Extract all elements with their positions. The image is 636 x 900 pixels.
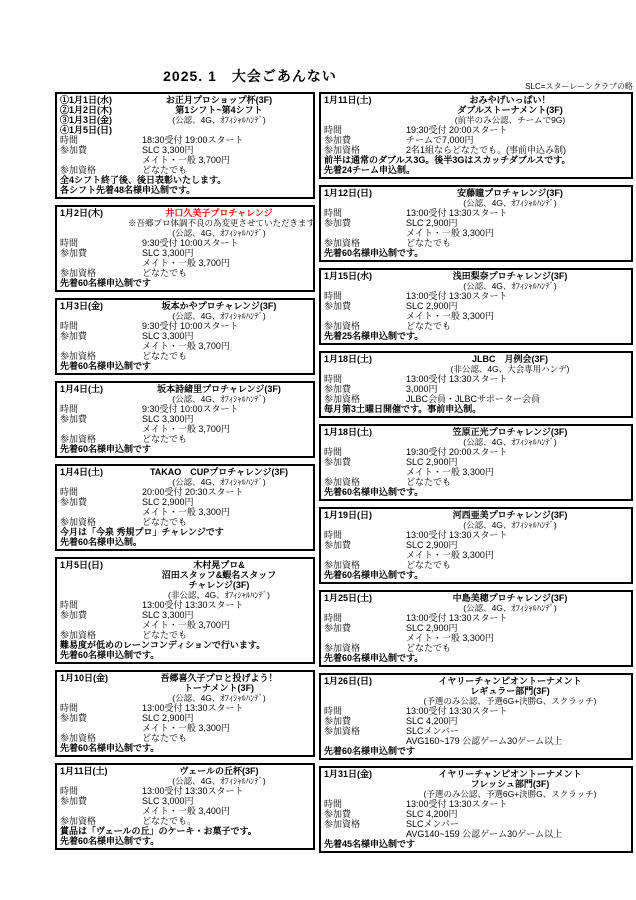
event-header: 1月4日(土)TAKAO CUPプロチャレンジ(3F)(公認、4G、ｵﾌｨｼｬﾙ… — [60, 467, 310, 487]
detail-value: メイト・一般 3,300円 — [406, 228, 628, 238]
detail-label — [60, 806, 142, 816]
detail-label — [324, 550, 406, 560]
detail-row: 時間18:30受付 19:00スタート — [60, 135, 310, 145]
detail-row: 時間13:00受付 13:30スタート — [324, 613, 628, 623]
event-subtitle: (公認、4G、ｵﾌｨｼｬﾙﾊﾝﾃﾞ) — [128, 115, 310, 125]
event-note: 全4シフト終了後、後日表彰いたします。 — [60, 175, 310, 185]
detail-label — [60, 424, 142, 434]
event-note: 前半は通常のダブルス3G。後半3Gはスカッチダブルスです。 — [324, 155, 628, 165]
detail-row: 参加資格どなたでも。 — [60, 816, 310, 826]
detail-row: 参加費SLC 2,900円 — [324, 457, 628, 467]
detail-value: SLC 2,900円 — [406, 457, 628, 467]
detail-label: 参加費 — [60, 248, 142, 258]
event-note: 賞品は「ヴェールの丘」のケーキ・お菓子です。 — [60, 826, 310, 836]
detail-value: 9:30受付 10:00スタート — [142, 238, 310, 248]
detail-value: 13:00受付 13:30スタート — [406, 374, 628, 384]
detail-label: 参加費 — [324, 809, 406, 819]
detail-label: 参加資格 — [324, 819, 406, 829]
event-title: イヤリーチャンピオントーナメント — [392, 676, 628, 686]
detail-value: SLCメンバー — [406, 726, 628, 736]
detail-row: 参加費SLC 2,900円 — [60, 713, 310, 723]
event-date: 1月31日(金) — [324, 769, 392, 779]
detail-label: 参加資格 — [60, 733, 142, 743]
detail-label: 参加資格 — [324, 321, 406, 331]
detail-value: SLC 4,200円 — [406, 716, 628, 726]
detail-value: 13:00受付 13:30スタート — [406, 291, 628, 301]
event-titles: 浅田梨奈プロチャレンジ(3F)(公認、4G、ｵﾌｨｼｬﾙﾊﾝﾃﾞ) — [392, 271, 628, 291]
detail-row: 時間9:30受付 10:00スタート — [60, 238, 310, 248]
event-titles: イヤリーチャンピオントーナメントフレッシュ部門(3F)(予選のみ公認、予選6G+… — [392, 769, 628, 799]
event-box: 1月4日(土)TAKAO CUPプロチャレンジ(3F)(公認、4G、ｵﾌｨｼｬﾙ… — [55, 464, 315, 551]
event-date: 1月19日(日) — [324, 510, 392, 520]
event-note: 先着60名様申込制です。 — [324, 248, 628, 258]
detail-value: JLBC会員・JLBCサポーター会員 — [406, 394, 628, 404]
detail-value: どなたでも — [142, 630, 310, 640]
event-subtitle: (予選のみ公認、予選6G+決勝G、スクラッチ) — [392, 696, 628, 706]
event-subtitle: (予選のみ公認、予選6G+決勝G、スクラッチ) — [392, 789, 628, 799]
event-note: 今月は「今泉 秀規プロ」チャレンジです — [60, 527, 310, 537]
detail-row: 参加資格どなたでも — [324, 560, 628, 570]
event-dates: 1月5日(日) — [60, 560, 128, 570]
detail-label: 時間 — [324, 447, 406, 457]
event-dates: 1月11日(土) — [60, 766, 128, 776]
detail-value: 3,000円 — [406, 384, 628, 394]
detail-label: 参加資格 — [324, 560, 406, 570]
detail-row: メイト・一般 3,300円 — [60, 507, 310, 517]
event-titles: 坂本かやプロチャレンジ(3F)(公認、4G、ｵﾌｨｼｬﾙﾊﾝﾃﾞ) — [128, 301, 310, 321]
detail-label: 参加費 — [324, 135, 406, 145]
detail-label: 参加資格 — [60, 517, 142, 527]
detail-label: 時間 — [60, 487, 142, 497]
detail-row: AVG160~179 公認ゲーム30ゲーム以上 — [324, 736, 628, 746]
event-titles: イヤリーチャンピオントーナメントレギュラー部門(3F)(予選のみ公認、予選6G+… — [392, 676, 628, 706]
event-date: 1月26日(日) — [324, 676, 392, 686]
detail-value: どなたでも — [142, 268, 310, 278]
detail-label: 時間 — [324, 613, 406, 623]
detail-value: メイト・一般 3,400円 — [142, 806, 310, 816]
detail-row: メイト・一般 3,700円 — [60, 620, 310, 630]
event-header: 1月5日(日)木村晃プロ&沼田スタッフ&蝦名スタッフチャレンジ(3F)(非公認、… — [60, 560, 310, 600]
detail-row: 参加資格どなたでも — [324, 321, 628, 331]
detail-label: 参加資格 — [60, 434, 142, 444]
detail-value: どなたでも — [142, 733, 310, 743]
event-note: 先着25名様申込制です。 — [324, 331, 628, 341]
event-title: ダブルストーナメント(3F) — [392, 105, 628, 115]
detail-label — [60, 723, 142, 733]
detail-label: 参加費 — [324, 540, 406, 550]
event-titles: お正月プロショップ杯(3F)第1シフト~第4シフト(公認、4G、ｵﾌｨｼｬﾙﾊﾝ… — [128, 95, 310, 125]
detail-row: 参加費SLC 3,000円 — [60, 796, 310, 806]
event-title: 安藤瞳プロチャレンジ(3F) — [392, 188, 628, 198]
detail-row: メイト・一般 3,700円 — [60, 258, 310, 268]
detail-label: 参加費 — [324, 457, 406, 467]
event-header: 1月11日(土)ヴェールの丘杯(3F)(公認、4G、ｵﾌｨｼｬﾙﾊﾝﾃﾞ) — [60, 766, 310, 786]
event-titles: 笠原正光プロチャレンジ(3F)(公認、4G、ｵﾌｨｼｬﾙﾊﾝﾃﾞ) — [392, 427, 628, 447]
event-header: 1月10日(金)吾郷喜久子プロと投げよう！トーナメント(3F)(公認、4G、ｵﾌ… — [60, 673, 310, 703]
event-header: 1月15日(水)浅田梨奈プロチャレンジ(3F)(公認、4G、ｵﾌｨｼｬﾙﾊﾝﾃﾞ… — [324, 271, 628, 291]
detail-row: メイト・一般 3,300円 — [324, 228, 628, 238]
event-header: 1月11日(土)おみやげいっぱい！ダブルストーナメント(3F)(前半のみ公認、チ… — [324, 95, 628, 125]
event-header: 1月19日(日)河西亜美プロチャレンジ(3F)(公認、4G、ｵﾌｨｼｬﾙﾊﾝﾃﾞ… — [324, 510, 628, 530]
event-dates: 1月15日(水) — [324, 271, 392, 281]
detail-value: どなたでも — [406, 643, 628, 653]
event-subtitle: ※吾郷プロ体調不良の為変更させていただきます — [128, 218, 310, 228]
event-subtitle: (公認、4G、ｵﾌｨｼｬﾙﾊﾝﾃﾞ) — [392, 603, 628, 613]
detail-label: 時間 — [60, 600, 142, 610]
detail-row: 時間19:30受付 20:00スタート — [324, 447, 628, 457]
detail-label: 参加資格 — [324, 394, 406, 404]
event-box: 1月4日(土)坂本詩緒里プロチャレンジ(3F)(公認、4G、ｵﾌｨｼｬﾙﾊﾝﾃﾞ… — [55, 381, 315, 458]
event-box: 1月18日(土)JLBC 月例会(3F)(非公認、4G、大会専用ハンデ)時間13… — [319, 351, 633, 418]
detail-row: 参加資格どなたでも — [60, 165, 310, 175]
event-title: お正月プロショップ杯(3F) — [128, 95, 310, 105]
detail-value: SLC 2,900円 — [142, 713, 310, 723]
event-date: 1月5日(日) — [60, 560, 128, 570]
event-note: 先着60名様申込制です。 — [324, 487, 628, 497]
detail-label: 時間 — [324, 799, 406, 809]
event-titles: 中島美穂プロチャレンジ(3F)(公認、4G、ｵﾌｨｼｬﾙﾊﾝﾃﾞ) — [392, 593, 628, 613]
detail-value: どなたでも — [142, 434, 310, 444]
event-subtitle: (公認、4G、ｵﾌｨｼｬﾙﾊﾝﾃﾞ) — [128, 394, 310, 404]
detail-value: 13:00受付 13:30スタート — [406, 706, 628, 716]
detail-label — [324, 736, 406, 746]
detail-label: 参加費 — [324, 716, 406, 726]
detail-label: 参加資格 — [60, 268, 142, 278]
event-subtitle: (公認、4G、ｵﾌｨｼｬﾙﾊﾝﾃﾞ) — [128, 311, 310, 321]
event-dates: 1月19日(日) — [324, 510, 392, 520]
detail-value: 2名1組ならどなたでも。(事前申込み制) — [406, 145, 628, 155]
detail-label: 時間 — [324, 125, 406, 135]
detail-label — [60, 155, 142, 165]
detail-value: 9:30受付 10:00スタート — [142, 321, 310, 331]
detail-value: どなたでも — [406, 238, 628, 248]
event-title: おみやげいっぱい！ — [392, 95, 628, 105]
detail-value: 19:30受付 20:00スタート — [406, 447, 628, 457]
detail-value: 13:00受付 13:30スタート — [142, 703, 310, 713]
event-date: 1月15日(水) — [324, 271, 392, 281]
event-titles: 河西亜美プロチャレンジ(3F)(公認、4G、ｵﾌｨｼｬﾙﾊﾝﾃﾞ) — [392, 510, 628, 530]
event-note: 難易度が低めのレーンコンディションで行います。 — [60, 640, 310, 650]
detail-label: 参加費 — [60, 331, 142, 341]
event-title: トーナメント(3F) — [128, 683, 310, 693]
event-box: 1月5日(日)木村晃プロ&沼田スタッフ&蝦名スタッフチャレンジ(3F)(非公認、… — [55, 557, 315, 664]
detail-value: メイト・一般 3,300円 — [406, 633, 628, 643]
event-date: 1月12日(日) — [324, 188, 392, 198]
detail-row: メイト・一般 3,700円 — [60, 341, 310, 351]
event-title: チャレンジ(3F) — [128, 580, 310, 590]
detail-label: 参加費 — [60, 610, 142, 620]
event-note: 先着60名様申込制です。 — [324, 653, 628, 663]
detail-label: 参加資格 — [324, 643, 406, 653]
event-header: 1月12日(日)安藤瞳プロチャレンジ(3F)(公認、4G、ｵﾌｨｼｬﾙﾊﾝﾃﾞ) — [324, 188, 628, 208]
detail-label: 参加資格 — [60, 816, 142, 826]
event-titles: JLBC 月例会(3F)(非公認、4G、大会専用ハンデ) — [392, 354, 628, 374]
event-titles: ヴェールの丘杯(3F)(公認、4G、ｵﾌｨｼｬﾙﾊﾝﾃﾞ) — [128, 766, 310, 786]
detail-row: AVG140~159 公認ゲーム30ゲーム以上 — [324, 829, 628, 839]
detail-value: メイト・一般 3,700円 — [142, 258, 310, 268]
detail-row: 参加費SLC 2,900円 — [324, 218, 628, 228]
detail-value: SLC 2,900円 — [406, 218, 628, 228]
event-dates: 1月25日(土) — [324, 593, 392, 603]
event-box: 1月19日(日)河西亜美プロチャレンジ(3F)(公認、4G、ｵﾌｨｼｬﾙﾊﾝﾃﾞ… — [319, 507, 633, 584]
detail-value: SLC 2,900円 — [406, 623, 628, 633]
detail-value: どなたでも — [406, 321, 628, 331]
event-title: JLBC 月例会(3F) — [392, 354, 628, 364]
left-column: ①1月1日(水)②1月2日(木)③1月3日(金)④1月5日(日)お正月プロショッ… — [55, 92, 315, 850]
detail-row: 参加費SLC 2,900円 — [60, 497, 310, 507]
event-titles: 坂本詩緒里プロチャレンジ(3F)(公認、4G、ｵﾌｨｼｬﾙﾊﾝﾃﾞ) — [128, 384, 310, 404]
event-note: 先着45名様申込制です — [324, 839, 628, 849]
detail-row: 参加資格どなたでも — [60, 630, 310, 640]
detail-label: 参加費 — [60, 713, 142, 723]
detail-row: 時間13:00受付 13:30スタート — [324, 208, 628, 218]
event-subtitle: (前半のみ公認、チームで9G) — [392, 115, 628, 125]
detail-row: 時間13:00受付 13:30スタート — [324, 374, 628, 384]
event-header: 1月3日(金)坂本かやプロチャレンジ(3F)(公認、4G、ｵﾌｨｼｬﾙﾊﾝﾃﾞ) — [60, 301, 310, 321]
event-title: ヴェールの丘杯(3F) — [128, 766, 310, 776]
detail-label: 参加費 — [60, 796, 142, 806]
event-note: 先着60名様申込制。 — [60, 537, 310, 547]
detail-row: 時間20:00受付 20:30スタート — [60, 487, 310, 497]
detail-value: AVG160~179 公認ゲーム30ゲーム以上 — [406, 736, 628, 746]
event-box: 1月2日(木)井口久美子プロチャレンジ※吾郷プロ体調不良の為変更させていただきま… — [55, 205, 315, 292]
detail-row: 時間13:00受付 13:30スタート — [60, 600, 310, 610]
detail-value: SLC 2,900円 — [406, 540, 628, 550]
event-title: 坂本詩緒里プロチャレンジ(3F) — [128, 384, 310, 394]
detail-row: メイト・一般 3,300円 — [60, 723, 310, 733]
detail-label: 時間 — [324, 530, 406, 540]
detail-row: 参加資格2名1組ならどなたでも。(事前申込み制) — [324, 145, 628, 155]
detail-row: 参加費SLC 3,300円 — [60, 414, 310, 424]
detail-row: 時間13:00受付 13:30スタート — [324, 799, 628, 809]
detail-label: 時間 — [60, 135, 142, 145]
event-title: レギュラー部門(3F) — [392, 686, 628, 696]
detail-row: 時間13:00受付 13:30スタート — [324, 291, 628, 301]
detail-value: SLCメンバー — [406, 819, 628, 829]
event-box: 1月3日(金)坂本かやプロチャレンジ(3F)(公認、4G、ｵﾌｨｼｬﾙﾊﾝﾃﾞ)… — [55, 298, 315, 375]
detail-value: SLC 3,300円 — [142, 414, 310, 424]
detail-value: SLC 3,300円 — [142, 145, 310, 155]
event-titles: 吾郷喜久子プロと投げよう！トーナメント(3F)(公認、4G、ｵﾌｨｼｬﾙﾊﾝﾃﾞ… — [128, 673, 310, 703]
detail-label: 時間 — [324, 374, 406, 384]
detail-label: 参加費 — [60, 497, 142, 507]
event-title: 中島美穂プロチャレンジ(3F) — [392, 593, 628, 603]
event-dates: 1月18日(土) — [324, 427, 392, 437]
detail-row: 参加資格どなたでも — [60, 434, 310, 444]
event-title: 井口久美子プロチャレンジ — [128, 208, 310, 218]
event-titles: おみやげいっぱい！ダブルストーナメント(3F)(前半のみ公認、チームで9G) — [392, 95, 628, 125]
event-subtitle: (公認、4G、ｵﾌｨｼｬﾙﾊﾝﾃﾞ) — [392, 437, 628, 447]
event-dates: 1月12日(日) — [324, 188, 392, 198]
detail-value: 13:00受付 13:30スタート — [142, 786, 310, 796]
detail-value: SLC 4,200円 — [406, 809, 628, 819]
detail-row: メイト・一般 3,400円 — [60, 806, 310, 816]
event-box: 1月31日(金)イヤリーチャンピオントーナメントフレッシュ部門(3F)(予選のみ… — [319, 766, 633, 853]
detail-value: SLC 3,000円 — [142, 796, 310, 806]
event-header: ①1月1日(水)②1月2日(木)③1月3日(金)④1月5日(日)お正月プロショッ… — [60, 95, 310, 135]
event-date: 1月10日(金) — [60, 673, 128, 683]
detail-value: SLC 2,900円 — [142, 497, 310, 507]
event-date: 1月11日(土) — [324, 95, 392, 105]
detail-value: SLC 3,300円 — [142, 610, 310, 620]
event-box: 1月11日(土)ヴェールの丘杯(3F)(公認、4G、ｵﾌｨｼｬﾙﾊﾝﾃﾞ)時間1… — [55, 763, 315, 850]
detail-row: 参加費SLC 4,200円 — [324, 809, 628, 819]
detail-row: 参加資格どなたでも — [60, 733, 310, 743]
detail-value: 20:00受付 20:30スタート — [142, 487, 310, 497]
detail-value: メイト・一般 3,300円 — [406, 311, 628, 321]
detail-row: 参加費SLC 4,200円 — [324, 716, 628, 726]
detail-row: 参加資格どなたでも — [60, 517, 310, 527]
detail-label: 参加費 — [60, 145, 142, 155]
event-title: イヤリーチャンピオントーナメント — [392, 769, 628, 779]
event-title: 沼田スタッフ&蝦名スタッフ — [128, 570, 310, 580]
event-date: ③1月3日(金) — [60, 115, 128, 125]
event-titles: 井口久美子プロチャレンジ※吾郷プロ体調不良の為変更させていただきます(公認、4G… — [128, 208, 310, 238]
detail-row: 時間19:30受付 20:00スタート — [324, 125, 628, 135]
detail-row: 参加費SLC 2,900円 — [324, 623, 628, 633]
event-title: フレッシュ部門(3F) — [392, 779, 628, 789]
event-note: 先着60名様申込制です — [60, 278, 310, 288]
detail-row: メイト・一般 3,700円 — [60, 155, 310, 165]
detail-row: 参加資格SLCメンバー — [324, 726, 628, 736]
event-note: 先着60名様申込制です。 — [60, 650, 310, 660]
detail-label: 参加費 — [324, 301, 406, 311]
detail-label — [324, 829, 406, 839]
event-title: TAKAO CUPプロチャレンジ(3F) — [128, 467, 310, 477]
event-box: ①1月1日(水)②1月2日(木)③1月3日(金)④1月5日(日)お正月プロショッ… — [55, 92, 315, 199]
event-subtitle: (公認、4G、ｵﾌｨｼｬﾙﾊﾝﾃﾞ) — [392, 198, 628, 208]
detail-label — [324, 467, 406, 477]
detail-label: 参加資格 — [324, 726, 406, 736]
detail-value: チームで7,000円 — [406, 135, 628, 145]
event-title: 坂本かやプロチャレンジ(3F) — [128, 301, 310, 311]
event-title: 吾郷喜久子プロと投げよう！ — [128, 673, 310, 683]
detail-row: メイト・一般 3,300円 — [324, 633, 628, 643]
event-note: 先着60名様申込制です — [60, 361, 310, 371]
detail-value: どなたでも — [142, 517, 310, 527]
detail-label: 時間 — [324, 706, 406, 716]
detail-row: 時間13:00受付 13:30スタート — [324, 706, 628, 716]
event-box: 1月26日(日)イヤリーチャンピオントーナメントレギュラー部門(3F)(予選のみ… — [319, 673, 633, 760]
detail-value: メイト・一般 3,700円 — [142, 155, 310, 165]
event-date: ④1月5日(日) — [60, 125, 128, 135]
detail-row: 時間13:00受付 13:30スタート — [60, 786, 310, 796]
event-header: 1月25日(土)中島美穂プロチャレンジ(3F)(公認、4G、ｵﾌｨｼｬﾙﾊﾝﾃﾞ… — [324, 593, 628, 613]
detail-row: 参加費SLC 2,900円 — [324, 301, 628, 311]
detail-value: どなたでも。 — [142, 816, 310, 826]
event-subtitle: (非公認、4G、大会専用ハンデ) — [392, 364, 628, 374]
detail-label — [60, 258, 142, 268]
event-subtitle: (公認、4G、ｵﾌｨｼｬﾙﾊﾝﾃﾞ) — [392, 281, 628, 291]
detail-row: 参加資格SLCメンバー — [324, 819, 628, 829]
event-box: 1月11日(土)おみやげいっぱい！ダブルストーナメント(3F)(前半のみ公認、チ… — [319, 92, 633, 179]
detail-row: 参加費SLC 2,900円 — [324, 540, 628, 550]
event-subtitle: (公認、4G、ｵﾌｨｼｬﾙﾊﾝﾃﾞ) — [128, 228, 310, 238]
detail-label: 参加資格 — [324, 238, 406, 248]
event-note: 毎月第3土曜日開催です。事前申込制。 — [324, 404, 628, 414]
event-dates: 1月26日(日) — [324, 676, 392, 686]
detail-row: 参加資格どなたでも — [324, 238, 628, 248]
detail-value: 9:30受付 10:00スタート — [142, 404, 310, 414]
detail-row: 参加資格どなたでも — [60, 351, 310, 361]
detail-label: 時間 — [324, 208, 406, 218]
event-date: 1月3日(金) — [60, 301, 128, 311]
detail-row: 参加費SLC 3,300円 — [60, 610, 310, 620]
detail-row: メイト・一般 3,300円 — [324, 550, 628, 560]
event-header: 1月18日(土)笠原正光プロチャレンジ(3F)(公認、4G、ｵﾌｨｼｬﾙﾊﾝﾃﾞ… — [324, 427, 628, 447]
detail-value: どなたでも — [142, 351, 310, 361]
event-note: 先着60名様申込制です — [60, 444, 310, 454]
event-note: 先着60名様申込制です。 — [60, 743, 310, 753]
detail-row: 参加費SLC 3,300円 — [60, 145, 310, 155]
detail-row: 参加費チームで7,000円 — [324, 135, 628, 145]
detail-value: 13:00受付 13:30スタート — [406, 530, 628, 540]
detail-value: 13:00受付 13:30スタート — [406, 208, 628, 218]
detail-value: メイト・一般 3,300円 — [142, 723, 310, 733]
detail-value: SLC 3,300円 — [142, 248, 310, 258]
detail-label: 参加費 — [60, 414, 142, 424]
event-note: 先着60名様申込制です — [324, 746, 628, 756]
detail-row: 参加費SLC 3,300円 — [60, 248, 310, 258]
detail-value: SLC 2,900円 — [406, 301, 628, 311]
detail-row: 時間9:30受付 10:00スタート — [60, 321, 310, 331]
detail-value: 13:00受付 13:30スタート — [406, 799, 628, 809]
event-header: 1月18日(土)JLBC 月例会(3F)(非公認、4G、大会専用ハンデ) — [324, 354, 628, 374]
event-titles: 安藤瞳プロチャレンジ(3F)(公認、4G、ｵﾌｨｼｬﾙﾊﾝﾃﾞ) — [392, 188, 628, 208]
event-dates: 1月11日(土) — [324, 95, 392, 105]
event-date: 1月11日(土) — [60, 766, 128, 776]
event-dates: 1月10日(金) — [60, 673, 128, 683]
event-header: 1月31日(金)イヤリーチャンピオントーナメントフレッシュ部門(3F)(予選のみ… — [324, 769, 628, 799]
detail-label: 参加費 — [324, 384, 406, 394]
event-dates: 1月31日(金) — [324, 769, 392, 779]
detail-value: メイト・一般 3,700円 — [142, 341, 310, 351]
detail-value: どなたでも — [142, 165, 310, 175]
event-date: ①1月1日(水) — [60, 95, 128, 105]
right-column: 1月11日(土)おみやげいっぱい！ダブルストーナメント(3F)(前半のみ公認、チ… — [319, 92, 633, 853]
detail-row: 時間13:00受付 13:30スタート — [324, 530, 628, 540]
event-dates: 1月4日(土) — [60, 384, 128, 394]
event-box: 1月10日(金)吾郷喜久子プロと投げよう！トーナメント(3F)(公認、4G、ｵﾌ… — [55, 670, 315, 757]
detail-row: 参加資格JLBC会員・JLBCサポーター会員 — [324, 394, 628, 404]
detail-label: 時間 — [324, 291, 406, 301]
event-dates: ①1月1日(水)②1月2日(木)③1月3日(金)④1月5日(日) — [60, 95, 128, 135]
detail-label: 参加資格 — [324, 145, 406, 155]
event-note: 先着60名様申込制です。 — [324, 570, 628, 580]
detail-label — [60, 341, 142, 351]
event-box: 1月12日(日)安藤瞳プロチャレンジ(3F)(公認、4G、ｵﾌｨｼｬﾙﾊﾝﾃﾞ)… — [319, 185, 633, 262]
detail-value: メイト・一般 3,300円 — [406, 467, 628, 477]
detail-value: メイト・一般 3,700円 — [142, 620, 310, 630]
event-date: 1月4日(土) — [60, 384, 128, 394]
detail-label: 参加資格 — [60, 630, 142, 640]
detail-row: 参加費3,000円 — [324, 384, 628, 394]
detail-row: メイト・一般 3,300円 — [324, 311, 628, 321]
detail-value: 13:00受付 13:30スタート — [406, 613, 628, 623]
event-title: 第1シフト~第4シフト — [128, 105, 310, 115]
detail-row: メイト・一般 3,700円 — [60, 424, 310, 434]
event-date: ②1月2日(木) — [60, 105, 128, 115]
event-note: 先着60名様申込制です。 — [60, 836, 310, 846]
detail-label: 時間 — [60, 703, 142, 713]
event-subtitle: (公認、4G、ｵﾌｨｼｬﾙﾊﾝﾃﾞ) — [128, 776, 310, 786]
detail-value: メイト・一般 3,300円 — [142, 507, 310, 517]
detail-value: 18:30受付 19:00スタート — [142, 135, 310, 145]
detail-label: 参加資格 — [60, 351, 142, 361]
detail-row: 時間13:00受付 13:30スタート — [60, 703, 310, 713]
detail-label: 参加費 — [324, 218, 406, 228]
event-date: 1月18日(土) — [324, 354, 392, 364]
